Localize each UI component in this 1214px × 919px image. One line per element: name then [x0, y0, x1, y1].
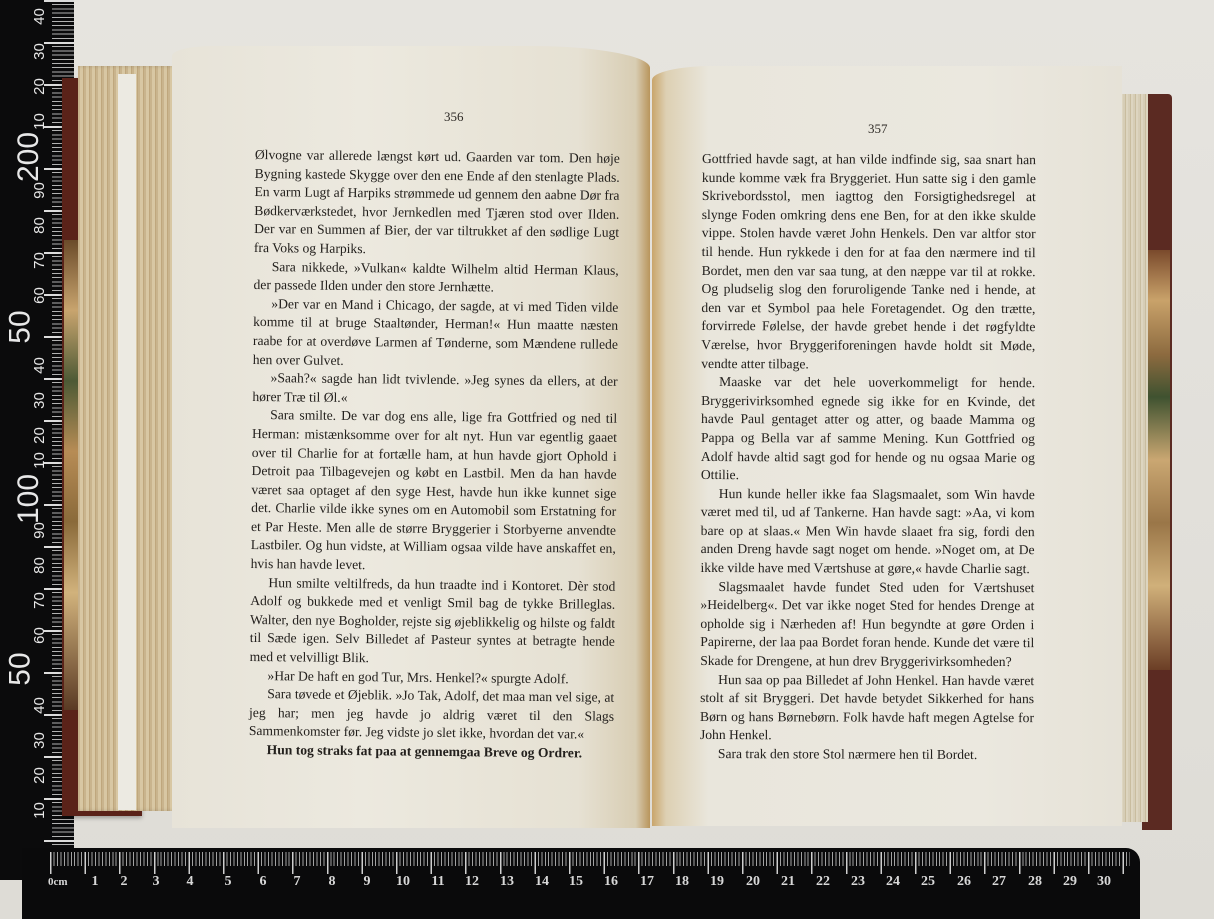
ruler-label: 10: [31, 802, 48, 819]
ruler-label: 9: [364, 874, 371, 890]
paragraph: Maaske var det hele uoverkommeligt for h…: [701, 373, 1035, 486]
ruler-big-label: 200: [12, 132, 46, 182]
ruler-label: 6: [260, 874, 267, 890]
ruler-label: 10: [31, 452, 48, 469]
ruler-label: 80: [31, 217, 48, 234]
paragraph: »Der var en Mand i Chicago, der sagde, a…: [253, 295, 619, 373]
ruler-label: 17: [640, 874, 654, 890]
ruler-label: 21: [781, 874, 795, 890]
ruler-label: 5: [225, 874, 232, 890]
ruler-label: 90: [31, 522, 48, 539]
ruler-label: 70: [31, 252, 48, 269]
ruler-label: 16: [604, 874, 618, 890]
ruler-big-label: 50: [4, 310, 38, 343]
ruler-label: 10: [396, 874, 410, 890]
ruler-label: 13: [500, 874, 514, 890]
marbled-endpaper-right: [1148, 250, 1170, 670]
ruler-label: 30: [31, 392, 48, 409]
ruler-label: 19: [710, 874, 724, 890]
ruler-label: 20: [31, 767, 48, 784]
ruler-label: 14: [535, 874, 549, 890]
paragraph: Slagsmaalet havde fundet Sted uden for V…: [700, 578, 1034, 672]
ruler-label: 40: [31, 697, 48, 714]
ruler-label: 29: [1063, 874, 1077, 890]
ruler-label: 40: [31, 8, 48, 25]
ruler-label: 8: [329, 874, 336, 890]
horizontal-ruler: 0cm 1 2 3 4 5 6 7 8 9 10 11 12 13 14 15 …: [22, 848, 1140, 919]
paragraph: Sara trak den store Stol nærmere hen til…: [700, 745, 1034, 765]
ruler-label: 11: [431, 874, 444, 890]
paragraph: Ølvogne var allerede længst kørt ud. Gaa…: [254, 146, 620, 261]
ruler-label: 23: [851, 874, 865, 890]
paragraph: Hun saa op paa Billedet af John Henkel. …: [700, 671, 1034, 747]
ruler-label: 30: [1097, 874, 1111, 890]
paragraph: Sara smilte. De var dog ens alle, lige f…: [251, 406, 618, 577]
paragraph: Sara tøvede et Øjeblik. »Jo Tak, Adolf, …: [249, 685, 615, 745]
right-page-text: Gottfried havde sagt, at han vilde indfi…: [700, 150, 1036, 765]
ruler-label: 28: [1028, 874, 1042, 890]
ruler-label: 2: [121, 874, 128, 890]
ruler-label: 20: [31, 78, 48, 95]
paragraph: »Saah?« sagde han lidt tvivlende. »Jeg s…: [252, 369, 617, 410]
ruler-label: 24: [886, 874, 900, 890]
ruler-label: 60: [31, 287, 48, 304]
ruler-label: 80: [31, 557, 48, 574]
ruler-label: 12: [465, 874, 479, 890]
ruler-label: 22: [816, 874, 830, 890]
page-number-left: 356: [444, 109, 464, 125]
paragraph: Gottfried havde sagt, at han vilde indfi…: [701, 150, 1036, 374]
ruler-label: 60: [31, 627, 48, 644]
ruler-label: 20: [746, 874, 760, 890]
paragraph: Hun kunde heller ikke faa Slagsmaalet, s…: [701, 485, 1035, 579]
paragraph: Hun tog straks fat paa at gennemgaa Brev…: [249, 741, 614, 763]
page-number-right: 357: [868, 121, 888, 137]
ruler-label: 25: [921, 874, 935, 890]
ruler-label: 26: [957, 874, 971, 890]
page-edges-right: [1118, 94, 1148, 822]
ruler-label: 10: [31, 113, 48, 130]
ruler-label: 30: [31, 43, 48, 60]
ruler-label: 70: [31, 592, 48, 609]
ruler-label: 7: [294, 874, 301, 890]
ruler-big-label: 100: [12, 474, 46, 524]
left-page-text: Ølvogne var allerede længst kørt ud. Gaa…: [249, 146, 620, 763]
ruler-label: 40: [31, 357, 48, 374]
paragraph: Hun smilte veltilfreds, da hun traadte i…: [250, 574, 616, 671]
paragraph: Sara nikkede, »Vulkan« kaldte Wilhelm al…: [253, 258, 618, 299]
ruler-big-label: 50: [4, 652, 38, 685]
ruler-label: 20: [31, 427, 48, 444]
ruler-unit-label: 0cm: [48, 876, 68, 888]
ruler-label: 30: [31, 732, 48, 749]
ruler-label: 27: [992, 874, 1006, 890]
ruler-label: 90: [31, 182, 48, 199]
ruler-label: 3: [153, 874, 160, 890]
ruler-label: 1: [92, 874, 99, 890]
ruler-label: 4: [187, 874, 194, 890]
ruler-major-ticks: [50, 852, 1134, 874]
ruler-label: 15: [569, 874, 583, 890]
ruler-label: 18: [675, 874, 689, 890]
